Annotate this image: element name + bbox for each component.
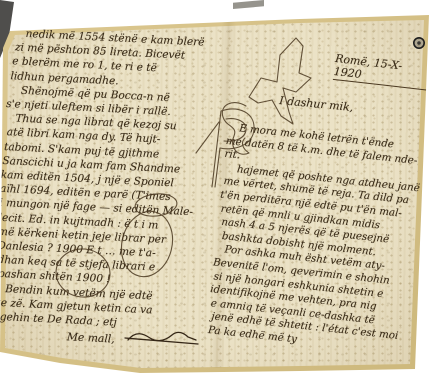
scan-artifact [233, 0, 264, 9]
right-page-text: E mora me kohë letrën t'ëndeme datën 8 t… [205, 121, 427, 358]
scanned-letter-image: nedik më 1554 stënë e kam blerëzi më pës… [0, 0, 431, 382]
letter-sheet: nedik më 1554 stënë e kam blerëzi më pës… [0, 0, 431, 382]
left-page-text: nedik më 1554 stënë e kam blerëzi më pës… [0, 26, 220, 350]
